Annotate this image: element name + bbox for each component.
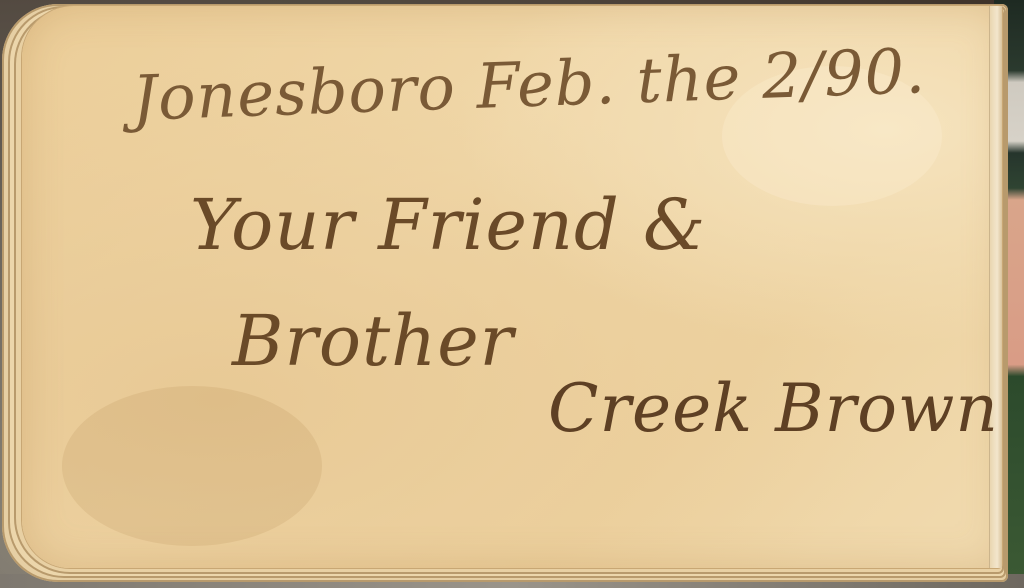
handwriting-your-friend: Your Friend & bbox=[190, 184, 706, 266]
paper-stain bbox=[62, 386, 322, 546]
handwriting-signature: Creek Brown bbox=[548, 370, 999, 447]
handwriting-brother: Brother bbox=[232, 300, 514, 382]
page-binding-gutter bbox=[989, 6, 1002, 568]
